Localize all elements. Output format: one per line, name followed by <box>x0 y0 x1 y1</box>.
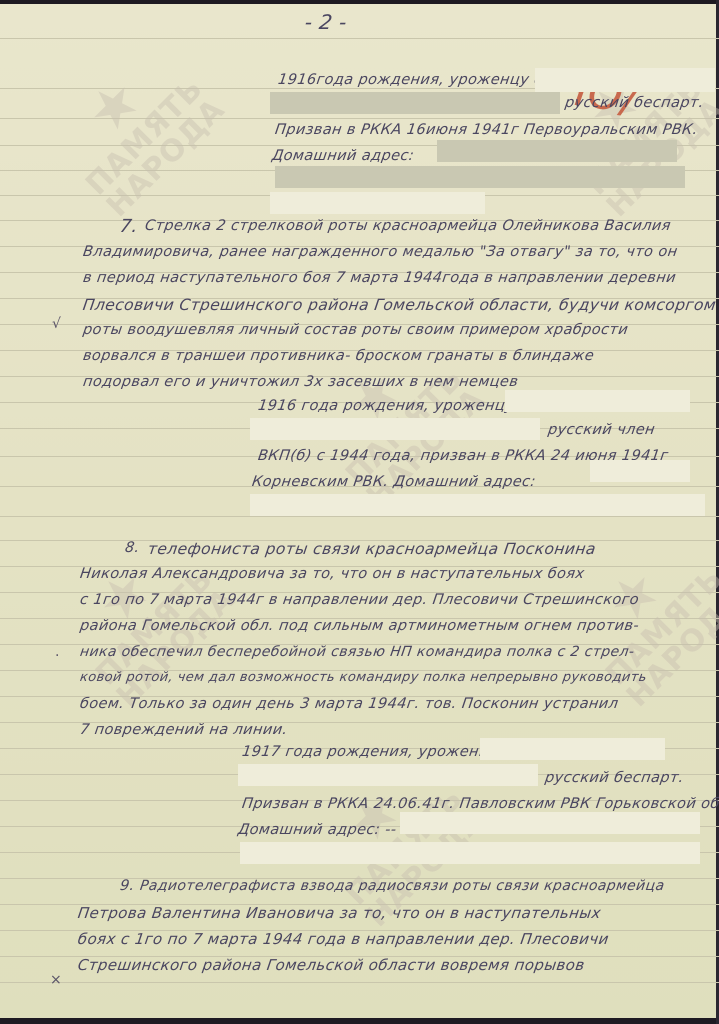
redaction-block <box>437 140 677 162</box>
entry8-bio: 1917 года рождения, уроженцу <box>241 744 499 760</box>
entry9-line: Петрова Валентина Ивановича за то, что о… <box>77 904 603 922</box>
entry7-bio: русский член <box>547 422 656 438</box>
entry8-line: боем. Только за один день 3 марта 1944г.… <box>79 696 620 712</box>
redaction-block <box>480 738 665 760</box>
watermark-line1: ПАМЯТЬ <box>79 71 210 202</box>
margin-dot-mark: · <box>55 648 59 664</box>
entry7-bio: 1916 года рождения, уроженцу <box>257 398 515 414</box>
margin-check-mark: √ <box>52 316 61 332</box>
entry7-line: ворвался в траншеи противника- броском г… <box>82 348 595 364</box>
entry8-bio: Призван в РККА 24.06.41г. Павловским РВК… <box>241 796 719 812</box>
entry7-line: роты воодушевляя личный состав роты свои… <box>82 322 629 338</box>
redaction-block <box>240 842 700 864</box>
ruled-line <box>0 38 719 39</box>
entry8-number: 8. <box>124 540 141 556</box>
entry8-bio: Домашний адрес: -- <box>237 822 398 838</box>
entry6-conscription: Призван в РККА 16июня 1941г Первоуральск… <box>274 122 699 138</box>
redaction-block <box>275 166 685 188</box>
entry9-line: Радиотелеграфиста взвода радиосвязи роты… <box>139 878 666 894</box>
entry8-line: Николая Александровича за то, что он в н… <box>79 566 586 582</box>
entry8-line: 7 повреждений на линии. <box>79 722 289 738</box>
entry7-line: в период наступательного боя 7 марта 194… <box>82 270 677 286</box>
redaction-block <box>590 460 690 482</box>
watermark-line2: НАРОДА <box>100 92 232 224</box>
star-icon: ★ <box>41 33 188 180</box>
entry9-line: Стрешинского района Гомельской области в… <box>77 956 586 974</box>
ruled-line <box>0 516 719 517</box>
redaction-block <box>505 390 690 412</box>
entry9-number: 9. <box>119 878 136 894</box>
entry8-line: района Гомельской обл. под сильным артми… <box>79 618 640 634</box>
entry7-line: Стрелка 2 стрелковой роты красноармейца … <box>144 218 672 234</box>
scan-edge-bottom <box>0 1018 719 1024</box>
page-number: - 2 - <box>303 10 348 34</box>
entry8-line: ковой ротой, чем дал возможность команди… <box>79 670 648 685</box>
entry7-line: подорвал его и уничтожил 3х засевших в н… <box>82 374 520 390</box>
document-page: ★ ПАМЯТЬ НАРОДА ★ ПАМЯТЬ НАРОДА ★ ПАМЯТЬ… <box>0 0 719 1024</box>
margin-cross-mark: × <box>50 972 62 988</box>
redaction-block <box>238 764 538 786</box>
redaction-block <box>270 92 560 114</box>
entry8-line: ника обеспечил бесперебойной связью НП к… <box>79 644 636 660</box>
redaction-block <box>250 494 705 516</box>
ruled-line <box>0 982 719 983</box>
redaction-block <box>270 192 485 214</box>
redaction-block <box>250 418 540 440</box>
entry6-address-label: Домашний адрес: <box>271 148 415 164</box>
redaction-block <box>400 812 700 834</box>
entry6-nationality: русский беспарт. <box>564 95 705 111</box>
scan-edge-top <box>0 0 719 4</box>
entry8-bio: русский беспарт. <box>544 770 685 786</box>
entry7-line: Плесовичи Стрешинского района Гомельской… <box>82 296 718 314</box>
entry7-line: Владимировича, ранее награжденного медал… <box>82 244 679 260</box>
redaction-block <box>535 68 715 92</box>
entry8-line: с 1го по 7 марта 1944г в направлении дер… <box>79 592 640 608</box>
entry7-bio: Корневским РВК. Домашний адрес: <box>251 474 537 490</box>
entry8-line: телефониста роты связи красноармейца Пос… <box>147 540 597 558</box>
entry9-line: боях с 1го по 7 марта 1944 года в направ… <box>77 930 610 948</box>
entry7-number: 7. <box>119 216 140 237</box>
entry6-birth-line: 1916года рождения, уроженцу с <box>277 72 544 88</box>
